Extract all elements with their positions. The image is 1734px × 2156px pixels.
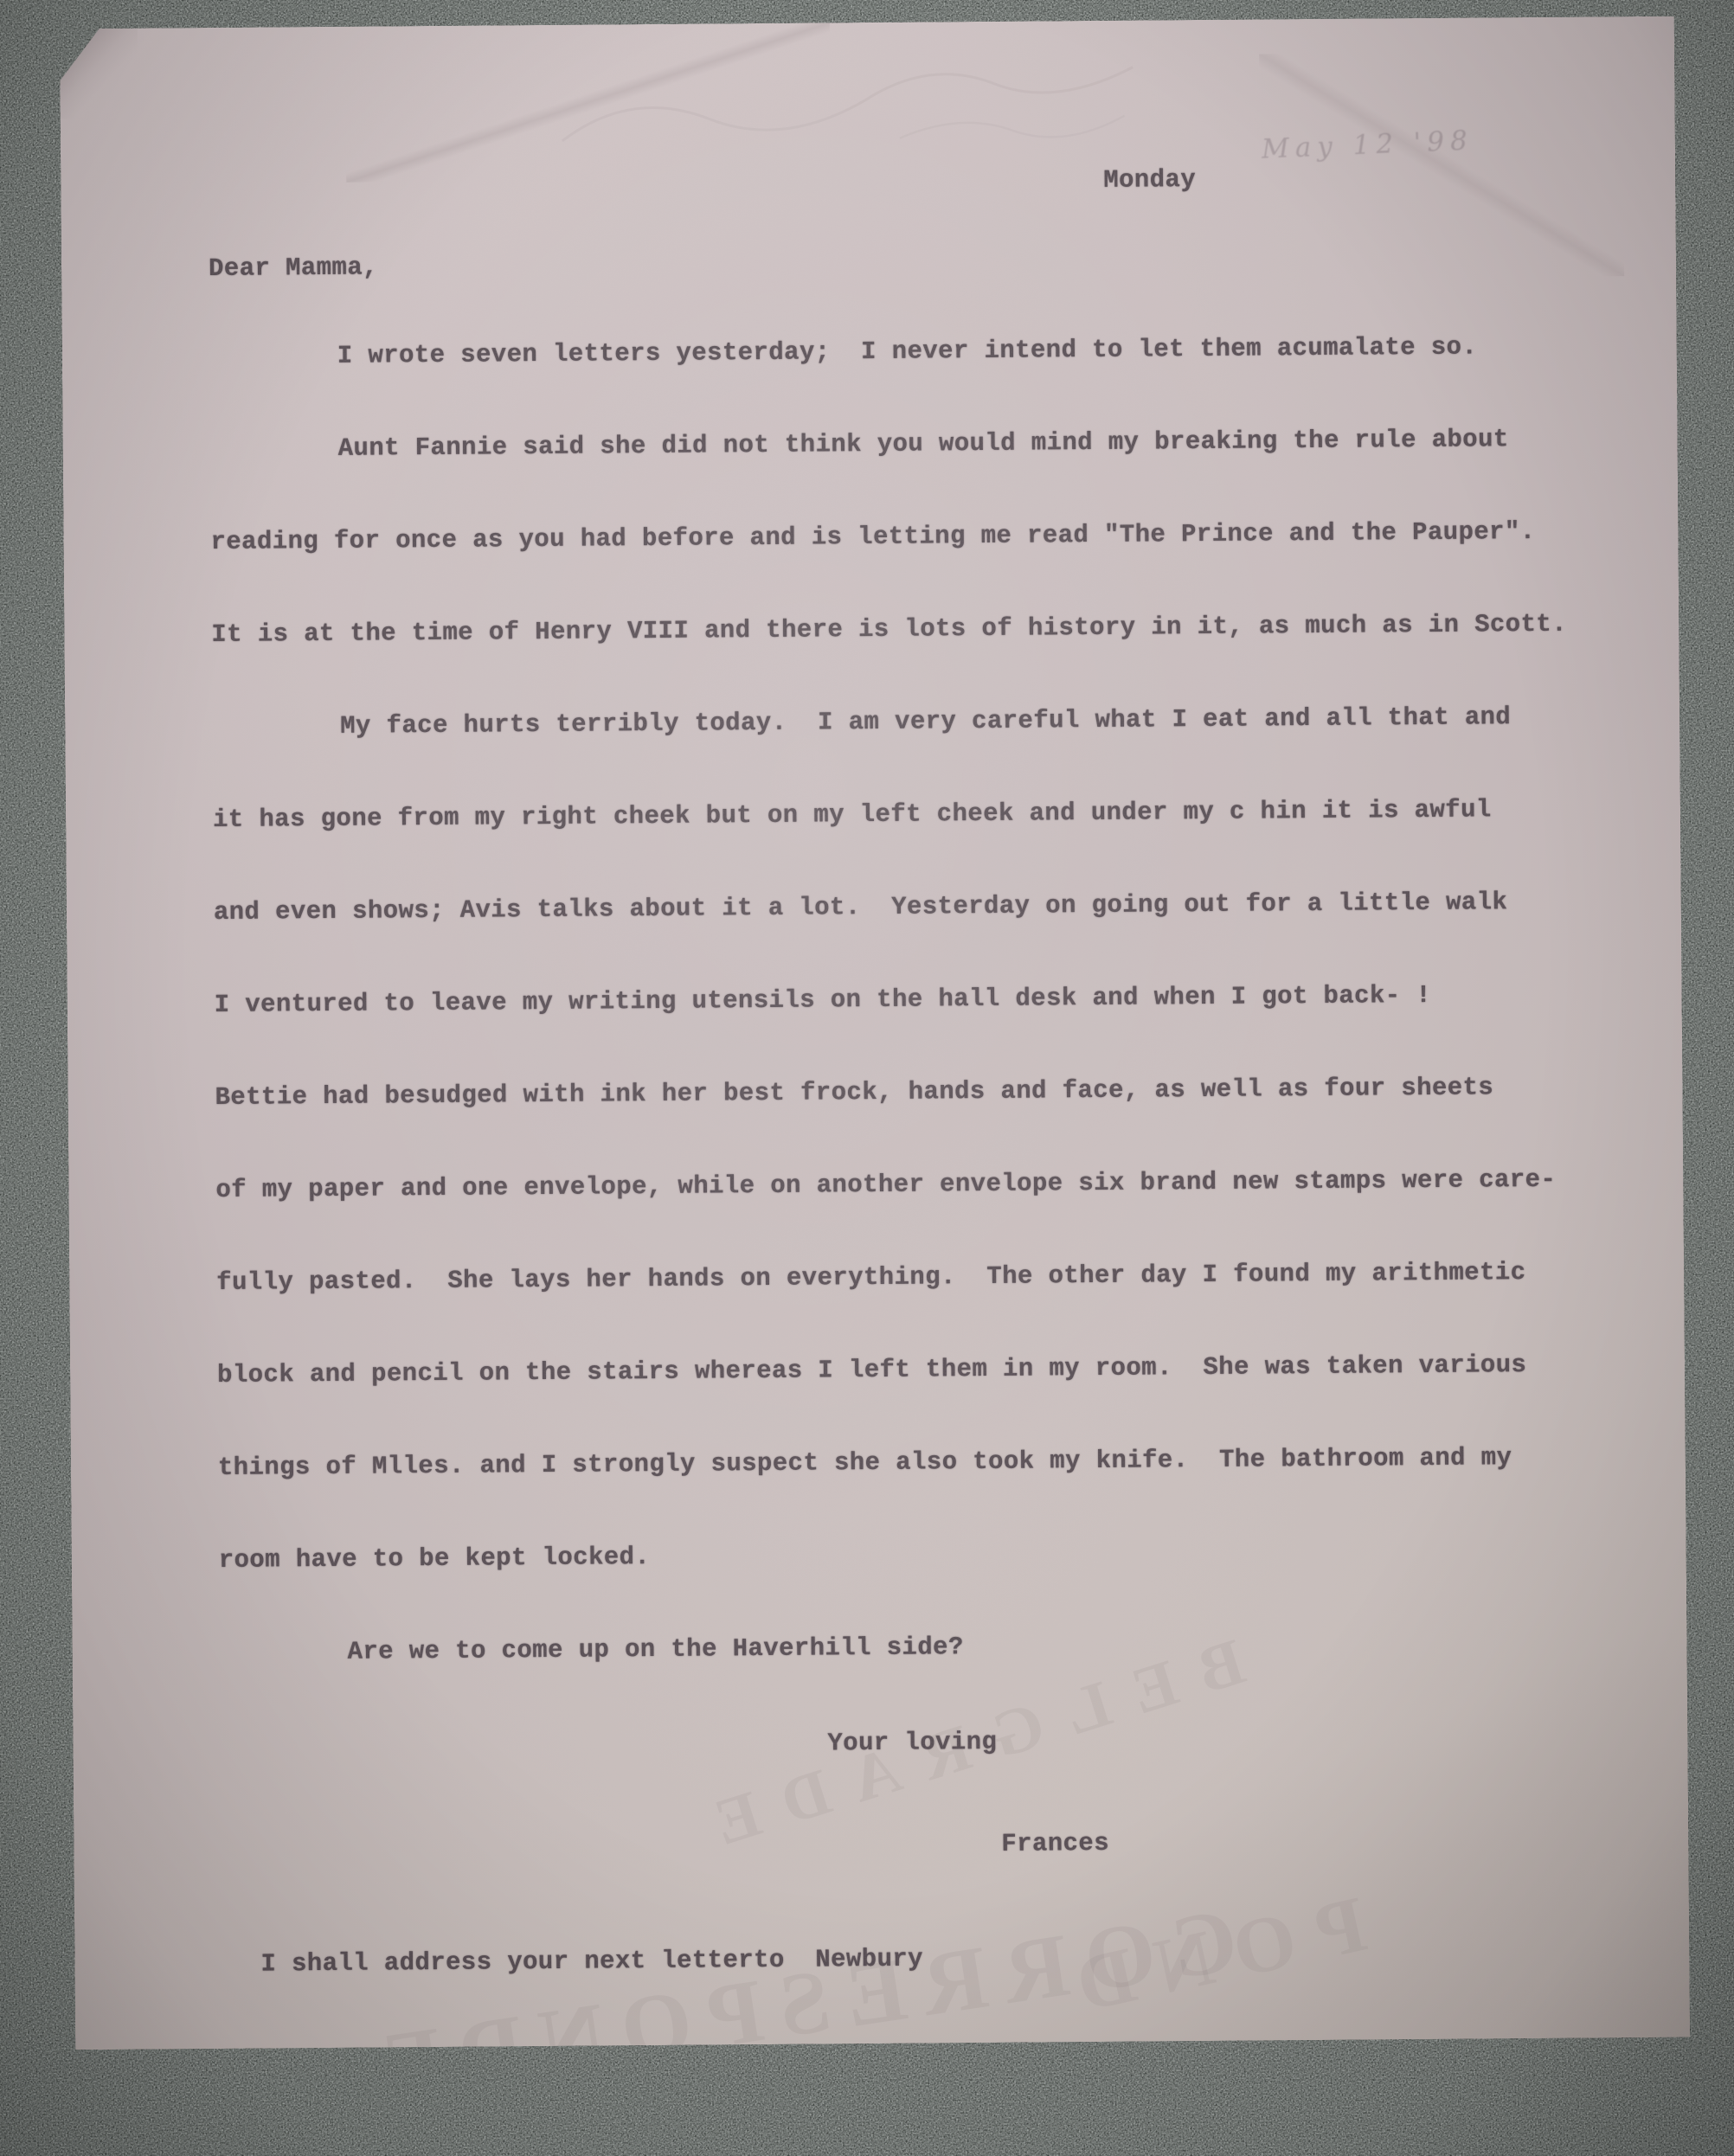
typed-line: fully pasted. She lays her hands on ever…	[216, 1258, 1525, 1297]
letter-closing: Your loving	[827, 1728, 997, 1758]
letter-dateline: Monday	[1103, 165, 1196, 195]
typed-line: and even shows; Avis talks about it a lo…	[214, 888, 1508, 927]
typed-line: things of Mlles. and I strongly suspect …	[218, 1443, 1512, 1482]
letter-salutation: Dear Mamma,	[209, 253, 378, 283]
letter-sheet: BELGRADE POND CORRESPONDE Monday May 12 …	[60, 16, 1690, 2050]
stamp-bleed-through: POND	[1046, 1877, 1374, 2035]
typed-line: Aunt Fannie said she did not think you w…	[338, 425, 1509, 463]
photo-of-letter: { "photo": { "surface_color": "#353a37",…	[0, 0, 1734, 2156]
paper-crease	[1259, 51, 1624, 279]
typed-line: My face hurts terribly today. I am very …	[340, 703, 1511, 741]
letter-postscript: I shall address your next letterto Newbu…	[260, 1945, 923, 1979]
typed-line: Bettie had besudged with ink her best fr…	[215, 1073, 1493, 1112]
paper-crease	[345, 22, 831, 182]
typed-line: I wrote seven letters yesterday; I never…	[337, 333, 1478, 370]
typed-line: it has gone from my right cheek but on m…	[213, 795, 1492, 834]
typed-line: block and pencil on the stairs whereas I…	[217, 1351, 1526, 1389]
typed-line: of my paper and one envelope, while on a…	[215, 1165, 1556, 1204]
typed-line: room have to be kept locked.	[219, 1543, 651, 1575]
typed-line: reading for once as you had before and i…	[210, 517, 1535, 556]
typed-line: I ventured to leave my writing utensils …	[215, 981, 1432, 1019]
typed-line: It is at the time of Henry VIII and ther…	[211, 610, 1567, 649]
letter-signature: Frances	[1001, 1829, 1109, 1858]
typed-line: Are we to come up on the Haverhill side?	[347, 1633, 963, 1666]
